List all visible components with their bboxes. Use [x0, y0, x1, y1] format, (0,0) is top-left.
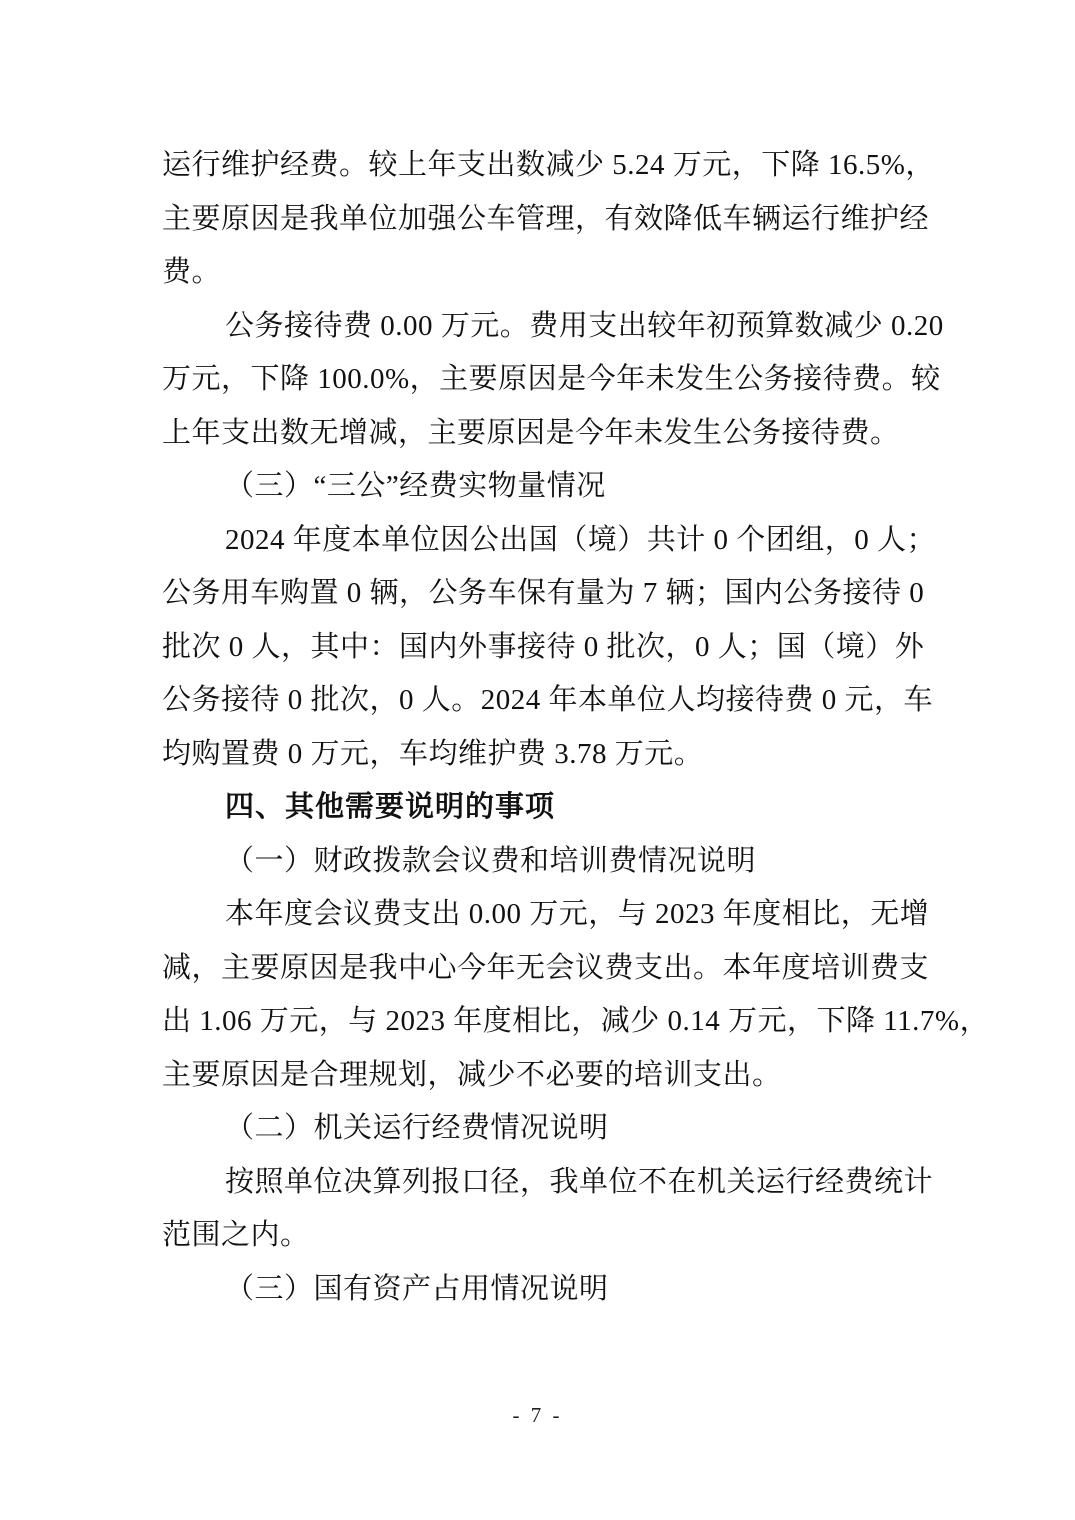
text-line: 均购置费 0 万元，车均维护费 3.78 万元。	[162, 728, 915, 782]
text-line: 上年支出数无增减，主要原因是今年未发生公务接待费。	[162, 407, 915, 461]
document-page: 运行维护经费。较上年支出数减少 5.24 万元，下降 16.5%，主要原因是我单…	[0, 0, 1075, 1520]
text-line: 批次 0 人，其中：国内外事接待 0 批次，0 人；国（境）外	[162, 621, 915, 675]
section-heading: 四、其他需要说明的事项	[162, 781, 915, 835]
document-lines: 运行维护经费。较上年支出数减少 5.24 万元，下降 16.5%，主要原因是我单…	[162, 139, 915, 1316]
text-line: 公务接待 0 批次，0 人。2024 年本单位人均接待费 0 元，车	[162, 674, 915, 728]
text-line: 运行维护经费。较上年支出数减少 5.24 万元，下降 16.5%，	[162, 139, 915, 193]
text-line: 出 1.06 万元，与 2023 年度相比，减少 0.14 万元，下降 11.7…	[162, 995, 915, 1049]
page-number: - 7 -	[0, 1403, 1075, 1428]
text-line: 按照单位决算列报口径，我单位不在机关运行经费统计	[162, 1156, 915, 1210]
text-line: 范围之内。	[162, 1209, 915, 1263]
text-line: （三）国有资产占用情况说明	[162, 1263, 915, 1317]
text-line: 本年度会议费支出 0.00 万元，与 2023 年度相比，无增	[162, 888, 915, 942]
text-line: （三）“三公”经费实物量情况	[162, 460, 915, 514]
text-line: 主要原因是合理规划，减少不必要的培训支出。	[162, 1049, 915, 1103]
text-line: 公务接待费 0.00 万元。费用支出较年初预算数减少 0.20	[162, 300, 915, 354]
text-line: 费。	[162, 246, 915, 300]
text-line: 减，主要原因是我中心今年无会议费支出。本年度培训费支	[162, 942, 915, 996]
text-line: （一）财政拨款会议费和培训费情况说明	[162, 835, 915, 889]
text-line: （二）机关运行经费情况说明	[162, 1102, 915, 1156]
text-line: 万元，下降 100.0%，主要原因是今年未发生公务接待费。较	[162, 353, 915, 407]
text-line: 2024 年度本单位因公出国（境）共计 0 个团组，0 人；	[162, 514, 915, 568]
text-line: 公务用车购置 0 辆，公务车保有量为 7 辆；国内公务接待 0	[162, 567, 915, 621]
text-line: 主要原因是我单位加强公车管理，有效降低车辆运行维护经	[162, 193, 915, 247]
